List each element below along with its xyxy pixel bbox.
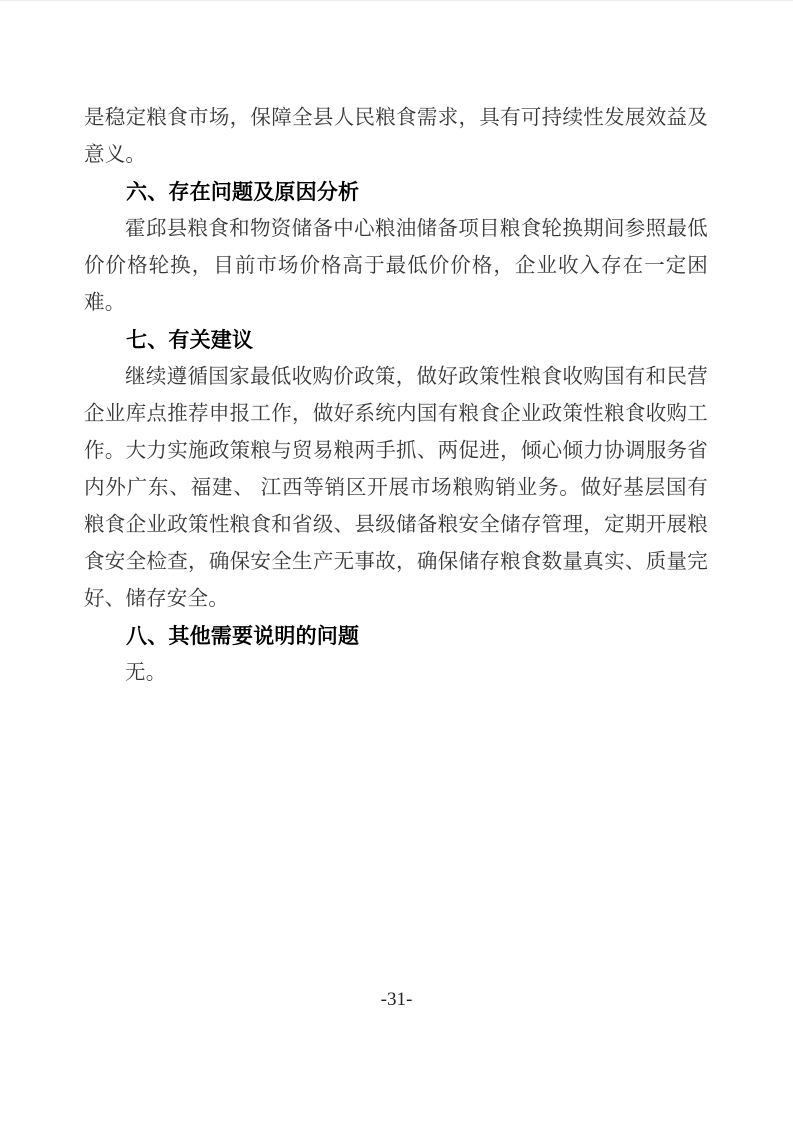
paragraph-continuation: 是稳定粮食市场，保障全县人民粮食需求，具有可持续性发展效益及意义。: [84, 100, 708, 174]
section-7-paragraph: 继续遵循国家最低收购价政策，做好政策性粮食收购国有和民营企业库点推荐申报工作，做…: [84, 359, 708, 618]
page-body: 是稳定粮食市场，保障全县人民粮食需求，具有可持续性发展效益及意义。 六、存在问题…: [84, 100, 708, 692]
document-page: 是稳定粮食市场，保障全县人民粮食需求，具有可持续性发展效益及意义。 六、存在问题…: [0, 0, 793, 1122]
section-8-heading: 八、其他需要说明的问题: [84, 618, 708, 655]
section-8-paragraph: 无。: [84, 655, 708, 692]
section-7-heading: 七、有关建议: [84, 322, 708, 359]
page-number: -31-: [0, 989, 793, 1011]
section-6-heading: 六、存在问题及原因分析: [84, 174, 708, 211]
section-6-paragraph: 霍邱县粮食和物资储备中心粮油储备项目粮食轮换期间参照最低价价格轮换，目前市场价格…: [84, 211, 708, 322]
